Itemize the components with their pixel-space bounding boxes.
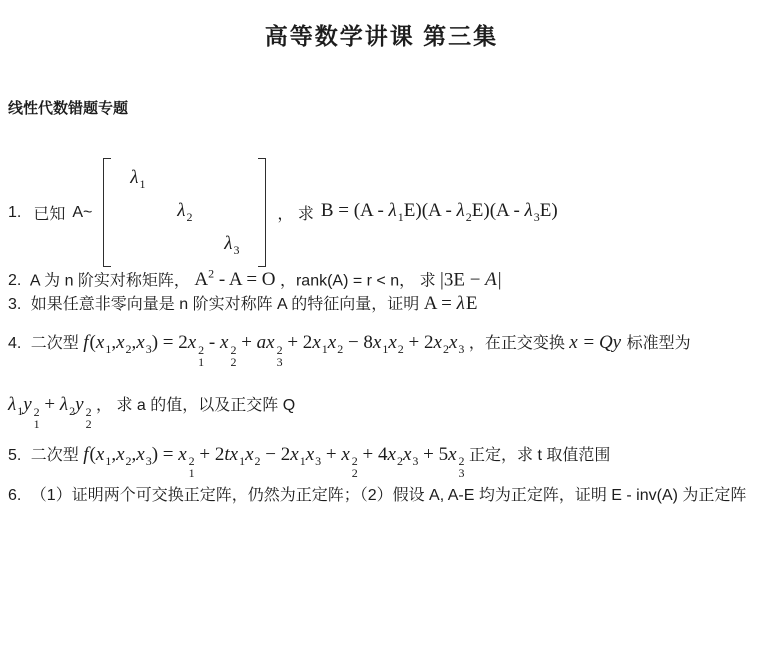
problem-2-text: A 为 n 阶实对称矩阵， (30, 272, 190, 289)
section-heading: 线性代数错题专题 (8, 97, 755, 118)
problem-4-text: 二次型 (31, 335, 79, 352)
determinant-formula: |3E − A| (440, 269, 502, 290)
problem-6-text: （1）证明两个可交换正定阵，仍然为正定阵；（2）假设 A, A-E 均为正定阵，… (31, 487, 747, 504)
orthogonal-transform-formula: x = Qy (569, 332, 622, 353)
problem-5: 5. 二次型 f(x1,x2,x3) = x21 + 2tx1x2 − 2x1x… (8, 439, 755, 479)
matrix-cell: λ1 (130, 167, 145, 192)
positive-definite-form-formula: f(x1,x2,x3) = x21 + 2tx1x2 − 2x1x3 + x22… (83, 444, 464, 465)
problem-5-text: 二次型 (31, 447, 79, 464)
matrix-cell: λ3 (224, 233, 239, 258)
matrix-symbol: A~ (72, 204, 92, 222)
problem-number: 1. (8, 204, 21, 222)
quadratic-form-formula: f(x1,x2,x3) = 2x21 - x22 + ax23 + 2x1x2 … (83, 332, 464, 353)
matrix-left-bracket (103, 158, 111, 267)
problem-number: 4. (8, 335, 21, 352)
problem-3: 3. 如果任意非零向量是 n 阶实对称阵 A 的特征向量，证明 A = λE (8, 291, 755, 315)
problem-1-seek: ， 求 (277, 201, 313, 224)
problem-number: 2. (8, 272, 21, 289)
problem-number: 5. (8, 447, 21, 464)
matrix-grid: λ1 λ2 λ3 (111, 158, 258, 267)
problem-4-text: ，在正交变换 (469, 335, 565, 352)
problem-4: 4. 二次型 f(x1,x2,x3) = 2x21 - x22 + ax23 +… (8, 315, 755, 439)
problem-4-text: ， 求 a 的值，以及正交阵 Q (96, 397, 295, 414)
problem-1: 1. 已知 A~ λ1 λ2 λ3 ， 求 B = (A - λ1E)(A - … (8, 158, 755, 267)
b-product-formula: B = (A - λ1E)(A - λ2E)(A - λ3E) (321, 200, 558, 225)
problem-4-text: 标准型为 (627, 335, 691, 352)
matrix-right-bracket (258, 158, 266, 267)
lambda-e-formula: A = λE (424, 293, 478, 314)
problem-3-text: 如果任意非零向量是 n 阶实对称阵 A 的特征向量，证明 (31, 296, 419, 313)
diagonal-matrix: λ1 λ2 λ3 (103, 158, 266, 267)
page-title: 高等数学讲课 第三集 (8, 18, 755, 51)
a-squared-formula: A2 - A = O (194, 269, 275, 290)
problem-2-text: ，rank(A) = r < n， 求 (280, 272, 436, 289)
problem-2: 2. A 为 n 阶实对称矩阵， A2 - A = O ，rank(A) = r… (8, 267, 755, 291)
problem-number: 3. (8, 296, 21, 313)
canonical-form-formula: λ1y21 + λ2y22 (8, 394, 92, 415)
problem-6: 6. （1）证明两个可交换正定阵，仍然为正定阵；（2）假设 A, A-E 均为正… (8, 479, 755, 512)
problem-5-text: 正定，求 t 取值范围 (469, 447, 610, 464)
matrix-cell: λ2 (177, 200, 192, 225)
document-page: 高等数学讲课 第三集 线性代数错题专题 1. 已知 A~ λ1 λ2 λ3 ， … (0, 0, 765, 512)
problem-1-intro: 已知 (33, 201, 65, 224)
problem-number: 6. (8, 487, 21, 504)
